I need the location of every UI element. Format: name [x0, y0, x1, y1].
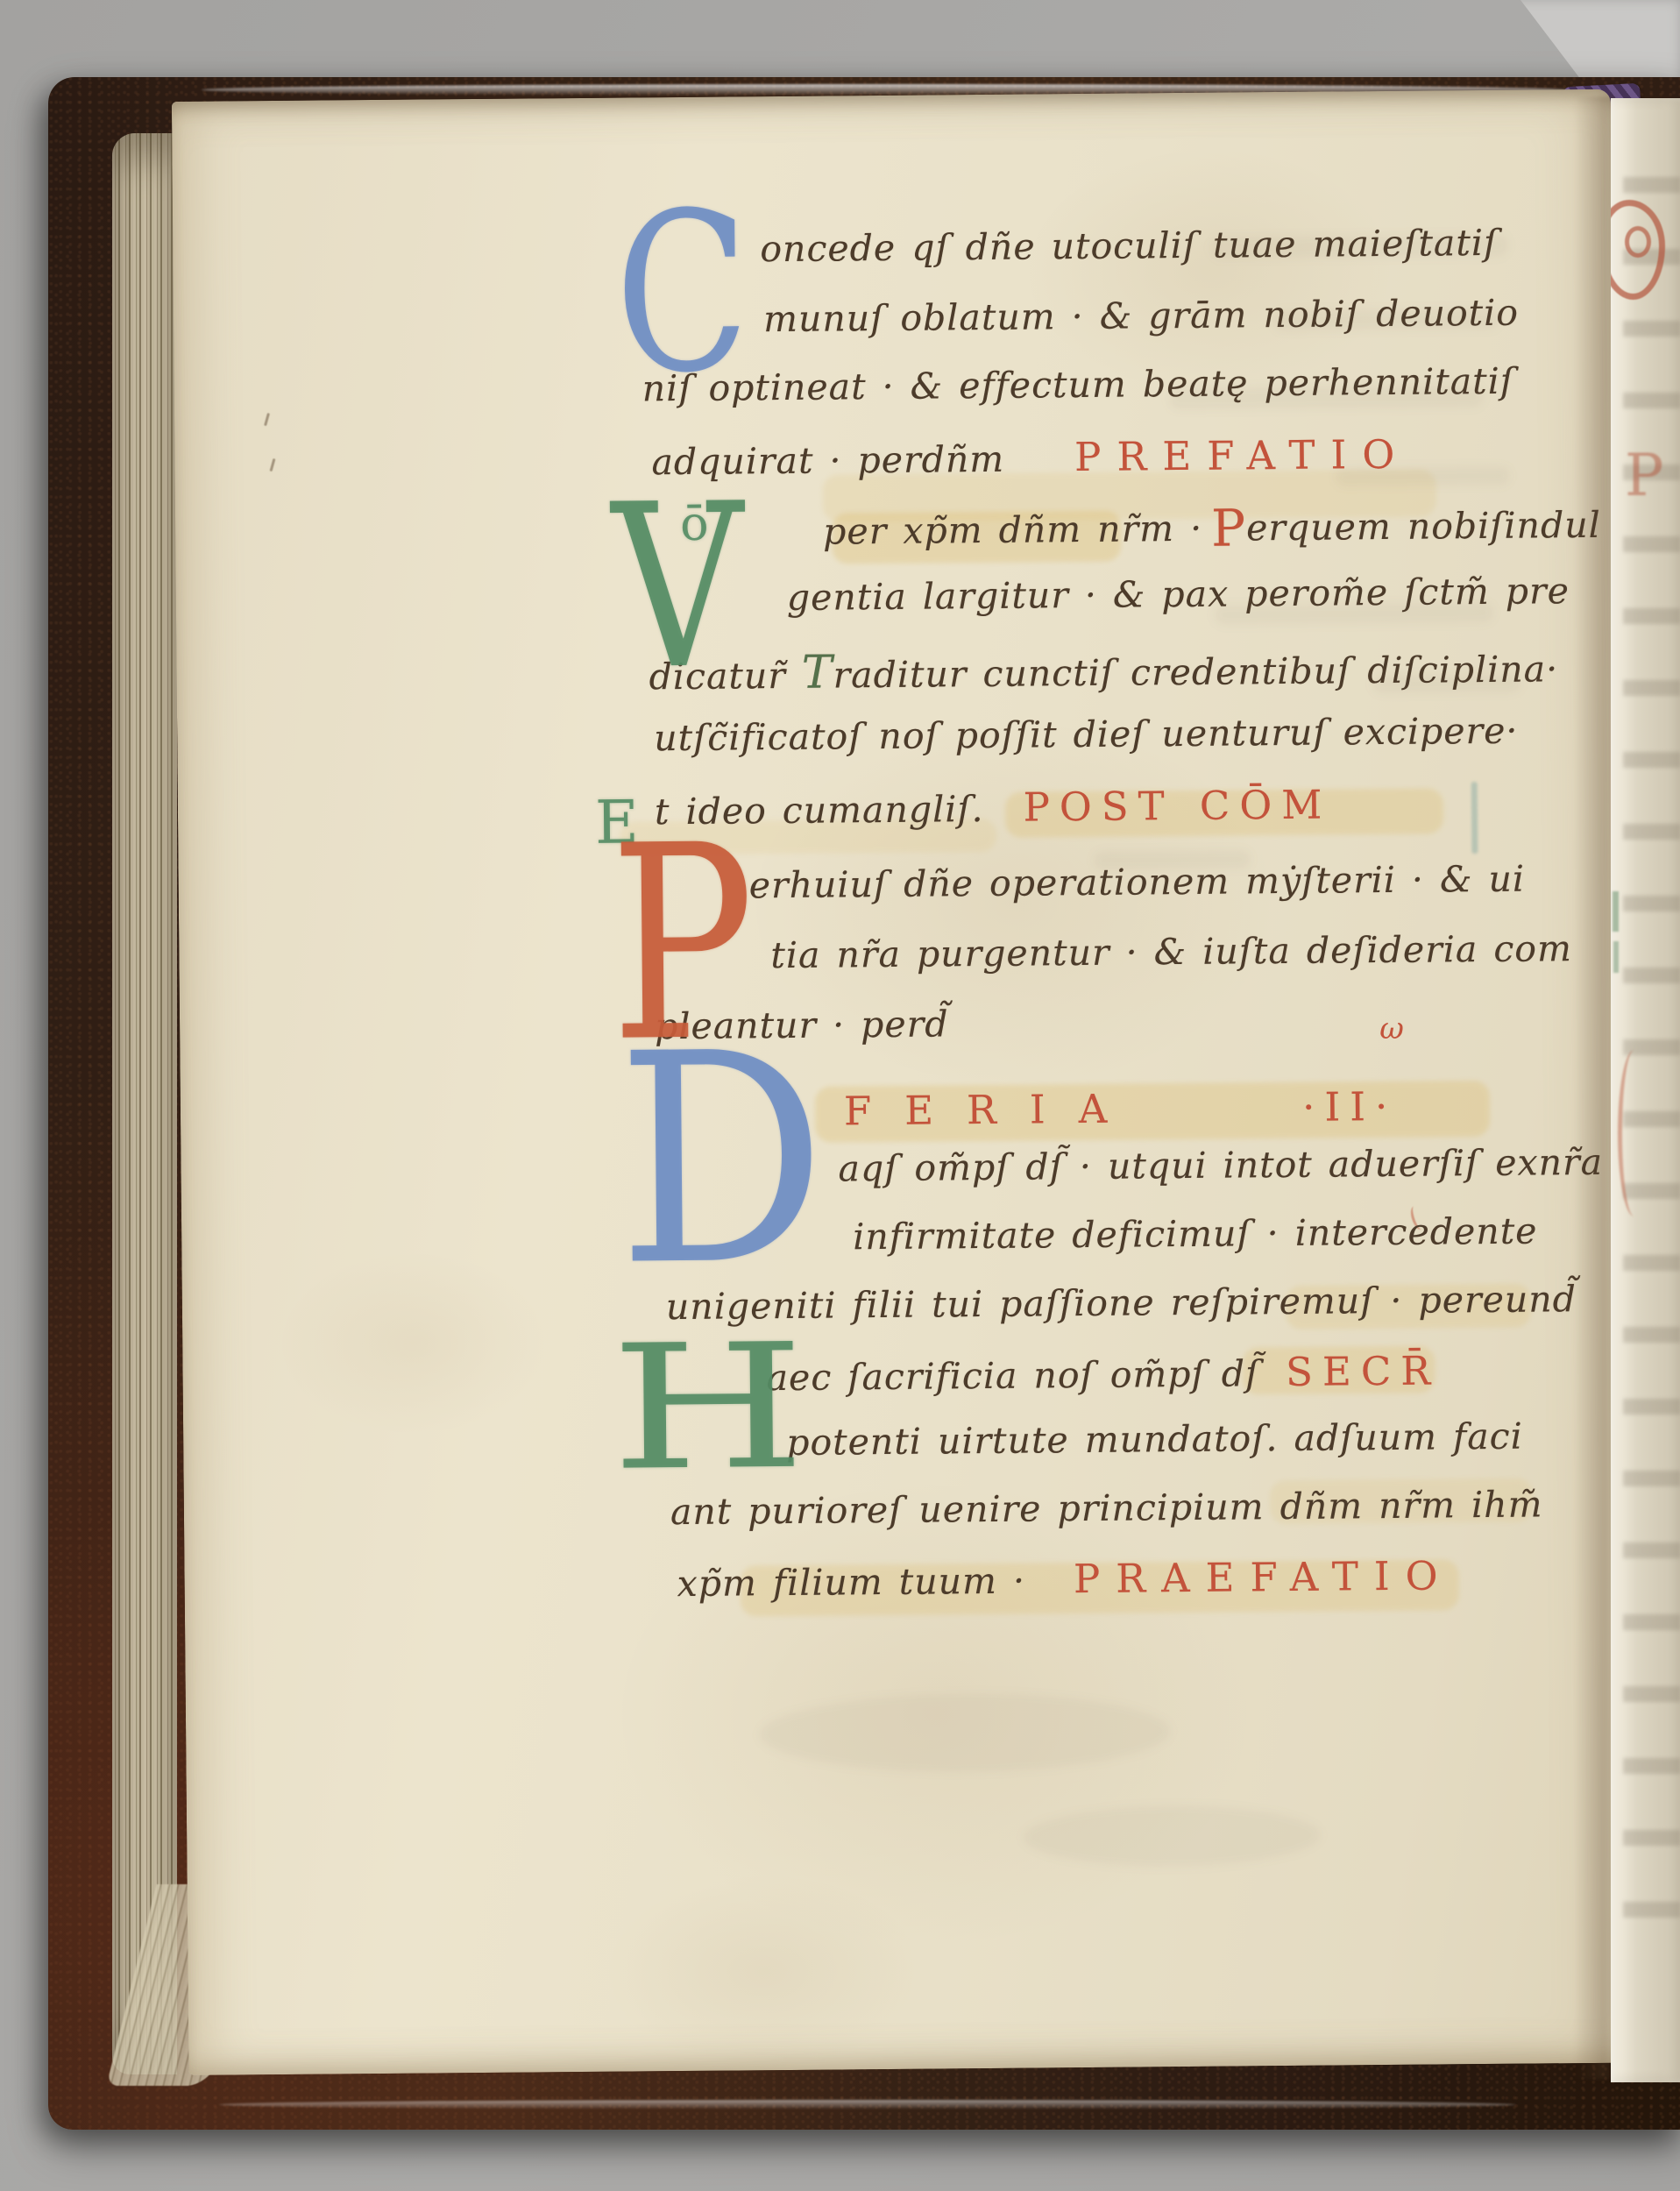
green-initial-ghost	[1613, 941, 1619, 973]
body-text: T	[802, 646, 833, 698]
body-text: utſc̃ificatoſ noſ poſſit dieſ uenturuſ e…	[654, 710, 1519, 760]
initial-D: D	[616, 1015, 827, 1306]
page-group: ω oncede qſ dñe utoculiſ tuae maieſtatiſ…	[0, 0, 1680, 2191]
vd-monogram-o-ghost	[1625, 226, 1651, 258]
rubric-text: FERIA	[844, 1085, 1141, 1134]
body-text: oncede qſ dñe utoculiſ tuae maieſtatiſ	[760, 222, 1498, 270]
text-line-10: erhuiuſ dñe operationem mẏſterii · & ui	[748, 858, 1525, 921]
body-text: tia nr̃a purgentur · & iuſta deſideria c…	[770, 927, 1572, 976]
body-text: infirmitate deficimuſ · intercedente	[853, 1209, 1538, 1258]
text-line-7: dicatur̃ Traditur cunctiſ credentibuſ di…	[649, 640, 1558, 704]
rubric-text: POST CŌM	[1023, 782, 1331, 831]
text-line-5: per xp̃m dñm nr̃m ·Perquem nobiſindul	[823, 500, 1601, 563]
body-text: xp̃m filium tuum ·	[677, 1560, 1025, 1605]
text-line-18: potenti uirtute mundatoſ. adſuum faci	[786, 1415, 1523, 1478]
initial-ō: ō	[680, 500, 709, 548]
body-text: niſ optineat · & effectum beatę perhenni…	[642, 360, 1515, 410]
text-line-15: infirmitate deficimuſ · intercedente	[853, 1209, 1538, 1272]
text-line-9: t ideo cumangliſ.POST CŌM	[655, 782, 1332, 844]
text-block: oncede qſ dñe utoculiſ tuae maieſtatiſmu…	[0, 0, 1680, 2191]
body-text: raditur cunctiſ credentibuſ diſciplina·	[833, 648, 1558, 696]
text-line-4: adquirat · perdñmPREFATIO	[651, 431, 1410, 494]
text-line-3: niſ optineat · & effectum beatę perhenni…	[642, 360, 1515, 424]
initial-V: V	[612, 473, 744, 700]
rubric-text: PRAEFATIO	[1074, 1552, 1454, 1602]
text-line-8: utſc̃ificatoſ noſ poſſit dieſ uenturuſ e…	[654, 710, 1519, 774]
gutter-crease	[1574, 96, 1616, 2079]
rubric-text: PREFATIO	[1074, 431, 1410, 480]
rubric-text: SECR̄	[1286, 1347, 1440, 1395]
text-line-20: xp̃m filium tuum ·PRAEFATIO	[677, 1552, 1453, 1615]
body-text: erquem nobiſindul	[1246, 504, 1601, 550]
text-line-17: aec ſacrificia noſ om̃pſ dſ̃SECR̄	[766, 1347, 1440, 1409]
ghost-letter-p: P	[1625, 442, 1663, 509]
green-initial-ghost	[1613, 891, 1619, 932]
text-line-14: aqſ om̃pſ dſ̃ · utqui intot aduerſiſ exn…	[838, 1141, 1603, 1204]
initial-H: H	[610, 1322, 806, 1495]
body-text: P	[1211, 498, 1247, 557]
rubric-text: ·II·	[1302, 1083, 1398, 1131]
text-line-13: FERIA·II·	[844, 1083, 1398, 1145]
body-text: per xp̃m dñm nr̃m ·	[823, 507, 1202, 553]
text-line-6: gentia largitur · & pax perom̃e ſctm̃ pr…	[787, 570, 1570, 633]
red-initial-ghost	[1618, 1050, 1650, 1216]
initial-C: C	[614, 183, 750, 403]
text-line-1: oncede qſ dñe utoculiſ tuae maieſtatiſ	[760, 222, 1498, 284]
body-text: munuſ oblatum · & grām nobiſ deuotio	[763, 292, 1519, 341]
body-text: gentia largitur · & pax perom̃e ſctm̃ pr…	[787, 570, 1570, 619]
text-line-2: munuſ oblatum · & grām nobiſ deuotio	[763, 292, 1519, 355]
body-text: aec ſacrificia noſ om̃pſ dſ̃	[766, 1352, 1259, 1399]
body-text: potenti uirtute mundatoſ. adſuum faci	[786, 1415, 1523, 1464]
body-text: erhuiuſ dñe operationem mẏſterii · & ui	[748, 858, 1525, 907]
next-page-sliver: P	[1611, 98, 1680, 2082]
text-line-11: tia nr̃a purgentur · & iuſta deſideria c…	[770, 927, 1572, 990]
body-text: aqſ om̃pſ dſ̃ · utqui intot aduerſiſ exn…	[838, 1141, 1603, 1190]
manuscript-photo: ω oncede qſ dñe utoculiſ tuae maieſtatiſ…	[0, 0, 1680, 2191]
